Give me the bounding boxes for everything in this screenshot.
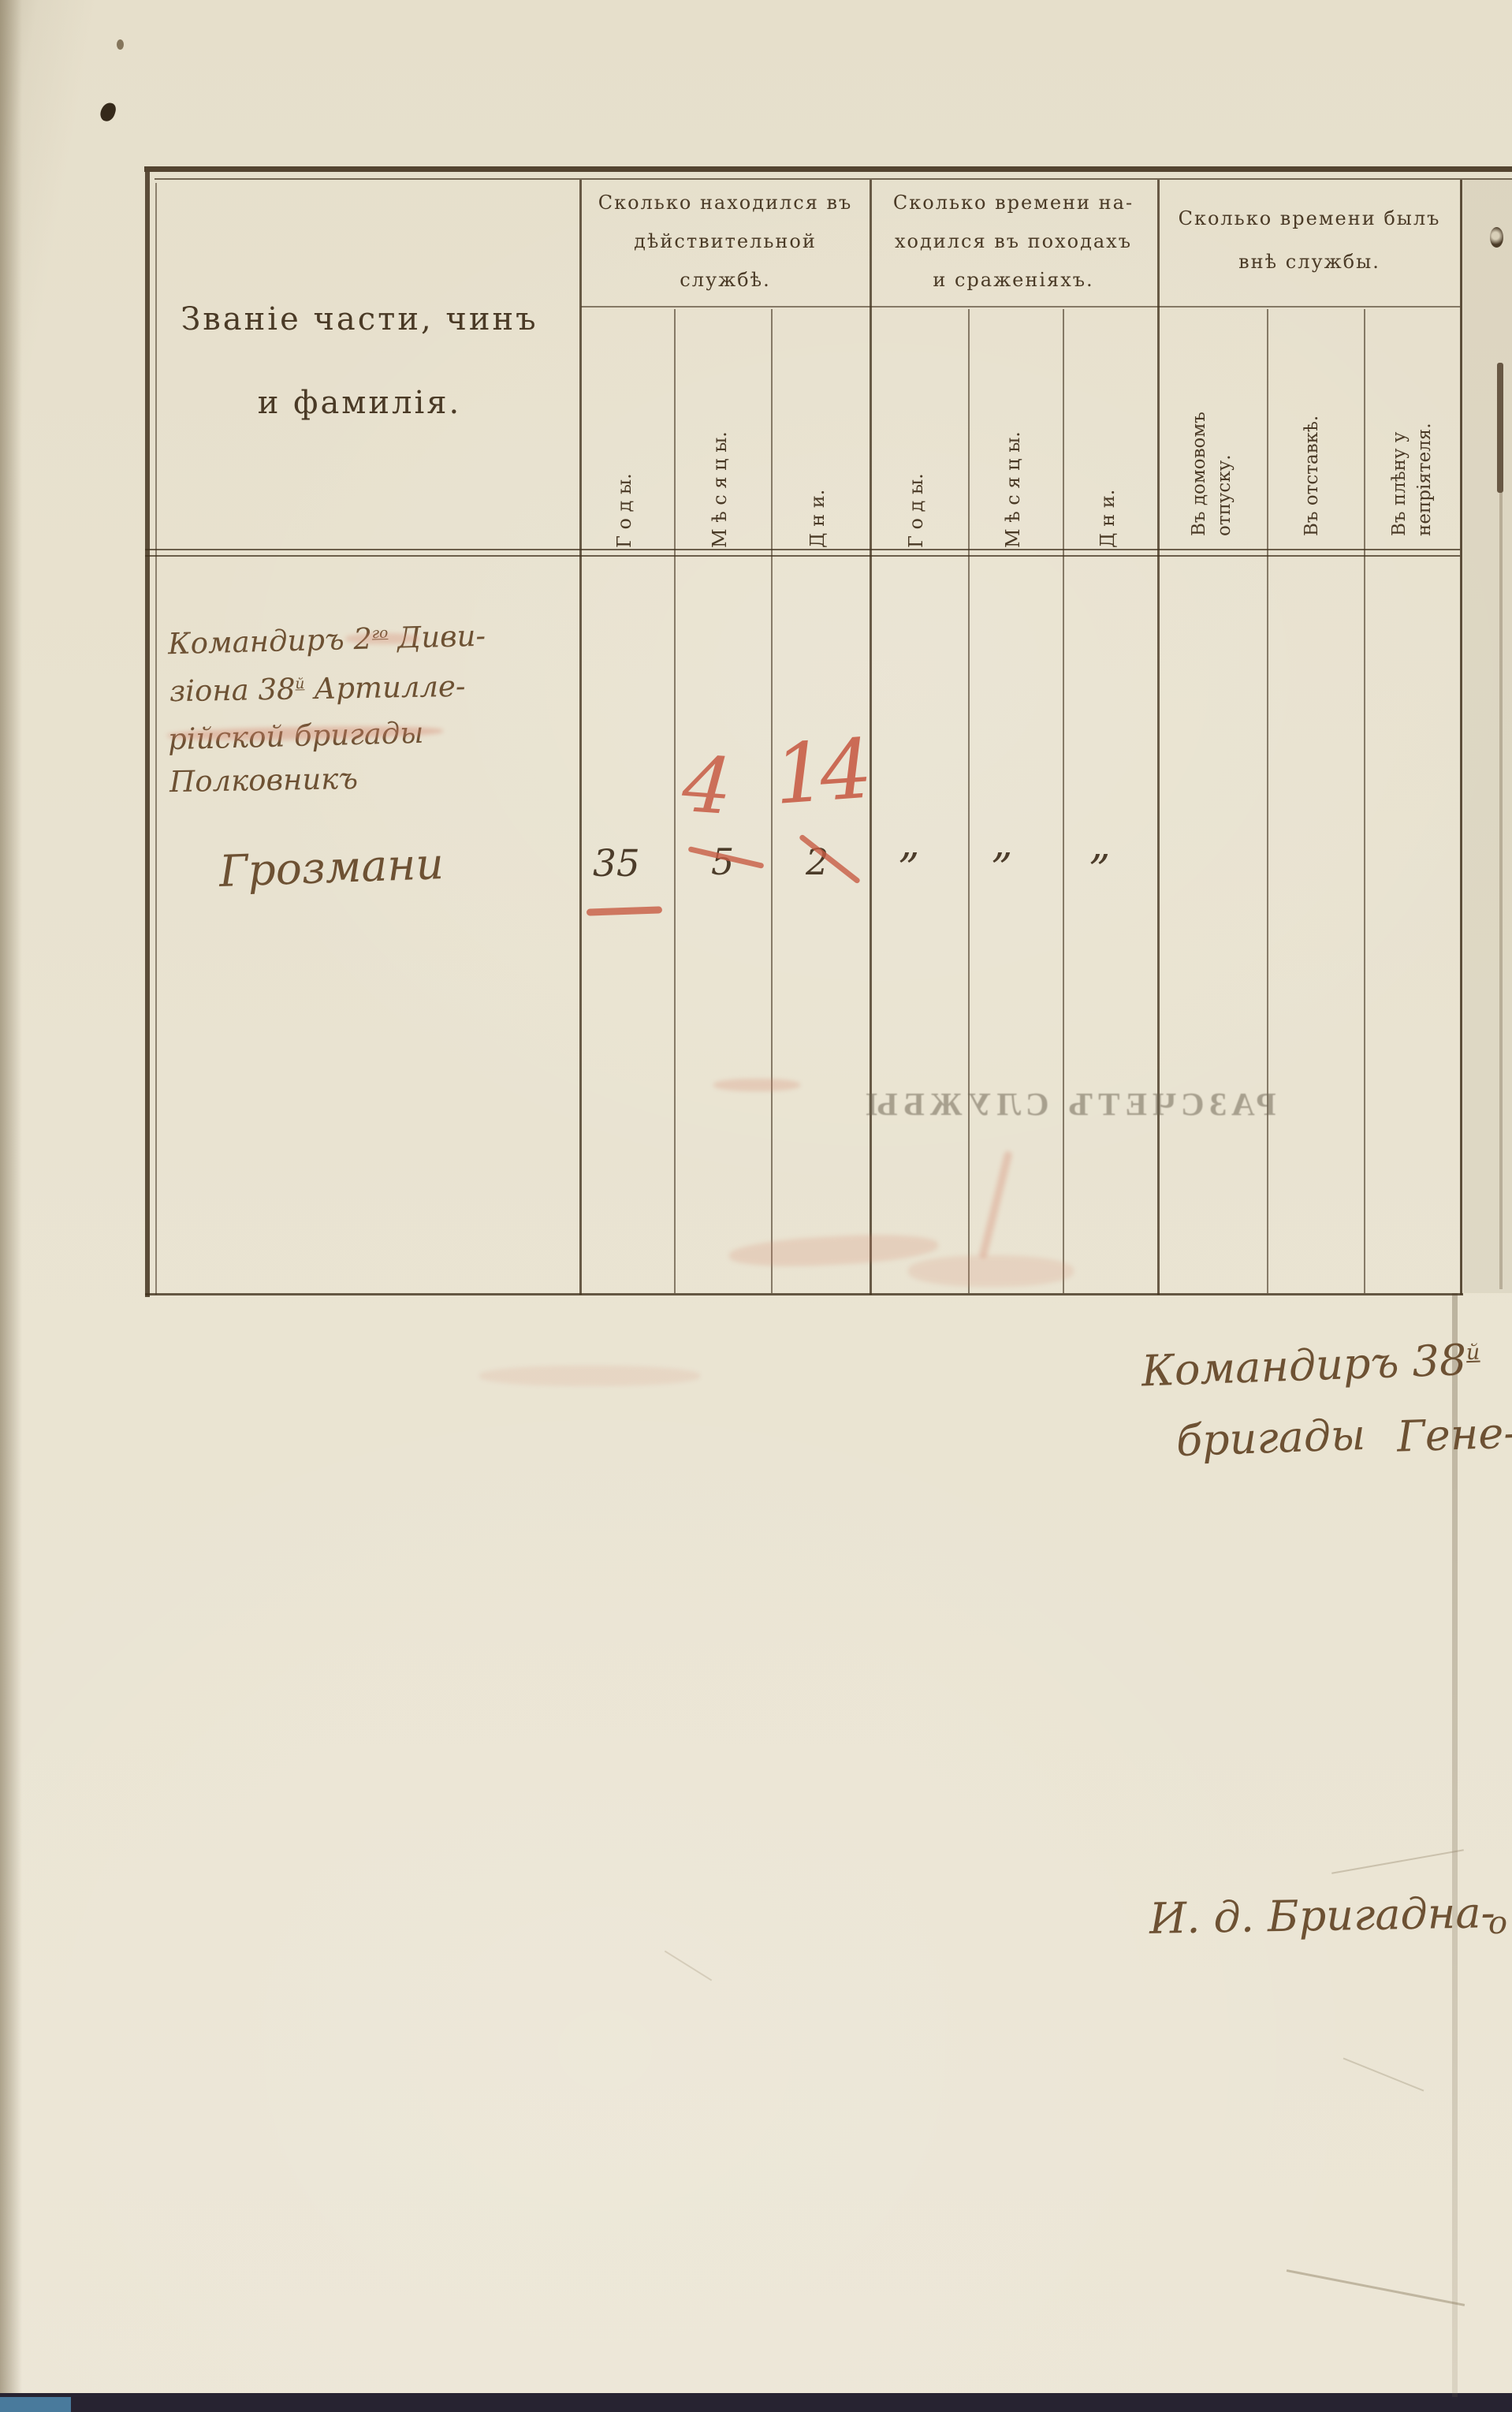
paper-speck bbox=[117, 39, 124, 50]
rank-line2-superscript: й bbox=[295, 676, 304, 692]
rank-line2-text: зіона 38 bbox=[169, 672, 296, 708]
group3-title-line1: Сколько времени былъ bbox=[1159, 197, 1460, 240]
table-grid-line bbox=[1267, 309, 1268, 1293]
paper-crease bbox=[1287, 2269, 1465, 2306]
subcol-years-label: Г о д ы. bbox=[905, 335, 932, 548]
table-grid-line bbox=[968, 309, 970, 1293]
service-months-corrected-value: 4 bbox=[680, 740, 735, 833]
group2-title-line1: Сколько времени на- bbox=[871, 184, 1156, 222]
red-pencil-trace bbox=[728, 1231, 939, 1270]
table-grid-line bbox=[145, 1293, 1463, 1295]
group1-title-line3: службѣ. bbox=[581, 261, 870, 300]
document-page: Званіе части, чинъ и фамилія. Сколько на… bbox=[0, 0, 1512, 2412]
signature-commander-line2b: Гене- bbox=[1396, 1407, 1512, 1461]
table-grid-line bbox=[145, 549, 1460, 550]
subcol-months-label: М ѣ с я ц ы. bbox=[1002, 335, 1029, 548]
bottom-scan-background bbox=[0, 2393, 1512, 2412]
signature-commander-line2a: бригады bbox=[1175, 1410, 1366, 1466]
service-years-value: 35 bbox=[593, 842, 640, 885]
group-header-out-of-service: Сколько времени былъ внѣ службы. bbox=[1159, 197, 1460, 284]
group3-title-line2: внѣ службы. bbox=[1159, 240, 1460, 284]
rank-line2: зіона 38й Артилле- bbox=[169, 669, 466, 709]
paper-crease bbox=[1331, 1849, 1464, 1873]
service-months-original-value: 5 bbox=[711, 841, 734, 883]
rank-line1-text: Командиръ 2 bbox=[168, 622, 373, 662]
rank-line4: Полковникъ bbox=[169, 762, 359, 799]
bottom-left-blue-edge bbox=[0, 2397, 71, 2412]
binding-edge-faint bbox=[1499, 493, 1503, 1289]
table-grid-line bbox=[581, 306, 1460, 308]
red-pencil-trace bbox=[978, 1150, 1013, 1259]
table-grid-line bbox=[674, 309, 676, 1293]
table-grid-line bbox=[1364, 309, 1365, 1293]
rank-line1: Командиръ 2го Диви- bbox=[168, 619, 486, 662]
table-grid-line bbox=[145, 172, 150, 1297]
group1-title-line1: Сколько находился въ bbox=[581, 184, 870, 222]
captivity-line1: Въ плѣну у bbox=[1387, 323, 1412, 536]
subcol-months-label: М ѣ с я ц ы. bbox=[709, 335, 736, 548]
binding-edge-mark bbox=[1497, 363, 1503, 493]
red-pencil-trace bbox=[908, 1255, 1074, 1287]
subcol-days-label: Д н и. bbox=[1097, 335, 1123, 548]
right-margin-shade bbox=[1463, 180, 1512, 1293]
group2-title-line2: ходился въ походахъ bbox=[871, 222, 1156, 261]
signature-brigade-adjutant: И. д. Бригадна- bbox=[1149, 1888, 1495, 1944]
table-grid-line bbox=[155, 183, 157, 1295]
right-margin-spot bbox=[1490, 227, 1503, 248]
red-pencil-trace bbox=[479, 1366, 700, 1386]
surname: Грозмани bbox=[218, 838, 445, 897]
name-column-header: Званіе части, чинъ и фамилія. bbox=[158, 301, 561, 421]
campaign-months-ditto: „ bbox=[992, 820, 1013, 867]
group1-title-line2: дѣйствительной bbox=[581, 222, 870, 261]
subcol-years-label: Г о д ы. bbox=[613, 335, 640, 548]
retired-line1: Въ отставкѣ. bbox=[1302, 323, 1322, 536]
signature1-superscript: й bbox=[1465, 1340, 1480, 1366]
signature-commander-line1: Командиръ 38й bbox=[1141, 1335, 1481, 1396]
group-header-campaigns: Сколько времени на- ходился въ походахъ … bbox=[871, 184, 1156, 300]
home-leave-line2: отпуску. bbox=[1212, 323, 1237, 536]
left-page-edge-shadow bbox=[0, 0, 22, 2412]
red-underline-years bbox=[587, 906, 662, 915]
name-column-header-line2: и фамилія. bbox=[158, 385, 561, 421]
subcol-home-leave-label: Въ домовомъ отпуску. bbox=[1186, 323, 1237, 536]
campaign-days-ditto: „ bbox=[1089, 822, 1111, 869]
table-grid-line bbox=[145, 555, 1460, 557]
mirrored-bleedthrough-stamp: РАЗСЧЕТЪ СЛУЖБЫ bbox=[845, 1085, 1291, 1128]
table-grid-line bbox=[155, 178, 1512, 180]
rank-line2-tail: Артилле- bbox=[304, 669, 466, 706]
subcol-days-label: Д н и. bbox=[806, 335, 833, 548]
signature1-text: Командиръ 38 bbox=[1141, 1335, 1467, 1396]
subcol-captivity-label: Въ плѣну у непріятеля. bbox=[1387, 323, 1437, 536]
group2-title-line3: и сраженіяхъ. bbox=[871, 261, 1156, 300]
captivity-line2: непріятеля. bbox=[1412, 323, 1437, 536]
table-grid-line bbox=[1063, 309, 1064, 1293]
table-grid-line bbox=[1460, 180, 1462, 1295]
table-grid-line bbox=[771, 309, 773, 1293]
home-leave-line1: Въ домовомъ bbox=[1186, 323, 1212, 536]
paper-crease bbox=[1343, 2057, 1424, 2091]
paper-crease bbox=[665, 1951, 712, 1981]
service-days-corrected-value: 14 bbox=[771, 721, 870, 823]
name-column-header-line1: Званіе части, чинъ bbox=[158, 301, 561, 337]
group-header-actual-service: Сколько находился въ дѣйствительной служ… bbox=[581, 184, 870, 300]
campaign-years-ditto: „ bbox=[899, 820, 920, 867]
signature-brigade-adjutant-tail: о bbox=[1488, 1905, 1507, 1941]
red-pencil-trace bbox=[713, 1079, 800, 1091]
ink-blot bbox=[99, 101, 117, 123]
table-grid-line bbox=[579, 180, 582, 1295]
table-grid-line bbox=[144, 166, 1512, 172]
red-pencil-smear bbox=[345, 633, 420, 644]
subcol-retired-label: Въ отставкѣ. bbox=[1302, 323, 1328, 536]
